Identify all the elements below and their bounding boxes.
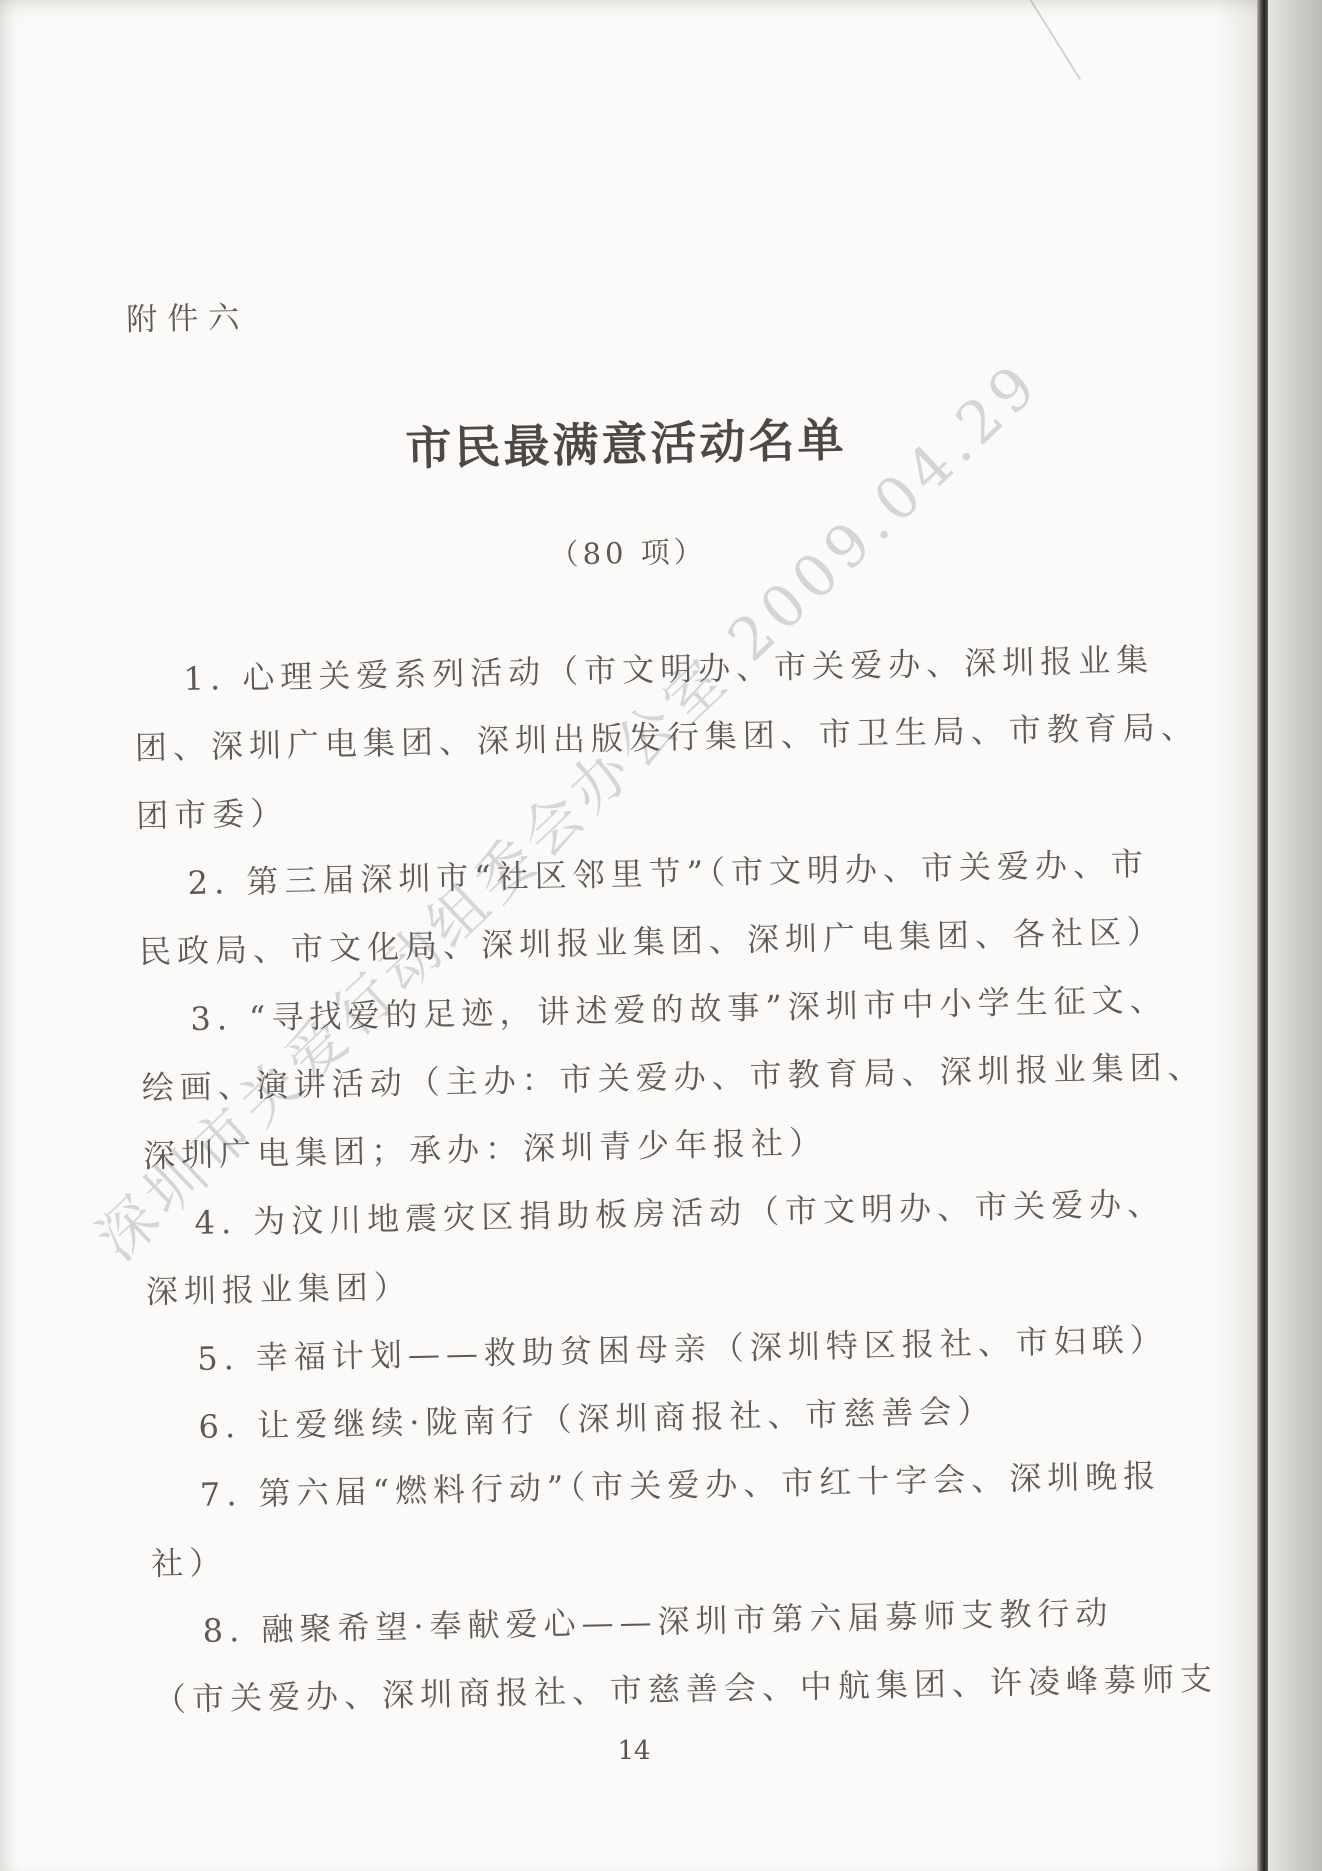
scan-right-strip bbox=[1268, 0, 1322, 1871]
page-number: 14 bbox=[0, 1736, 1268, 1766]
item-count-note: （80 项） bbox=[131, 519, 1216, 582]
document-content: 附件六 市民最满意活动名单 （80 项） 1. 心理关爱系列活动（市文明办、市关… bbox=[120, 0, 1241, 1871]
attachment-label: 附件六 bbox=[126, 292, 250, 339]
scanned-document-page: 深圳市关爱行动组委会办公室 2009.04.29 附件六 市民最满意活动名单 （… bbox=[0, 0, 1322, 1871]
activity-list: 1. 心理关爱系列活动（市文明办、市关爱办、深圳报业集 团、深圳广电集团、深圳出… bbox=[133, 624, 1239, 1734]
scan-paper-shade bbox=[1215, 0, 1257, 1871]
page-title: 市民最满意活动名单 bbox=[128, 396, 1213, 484]
